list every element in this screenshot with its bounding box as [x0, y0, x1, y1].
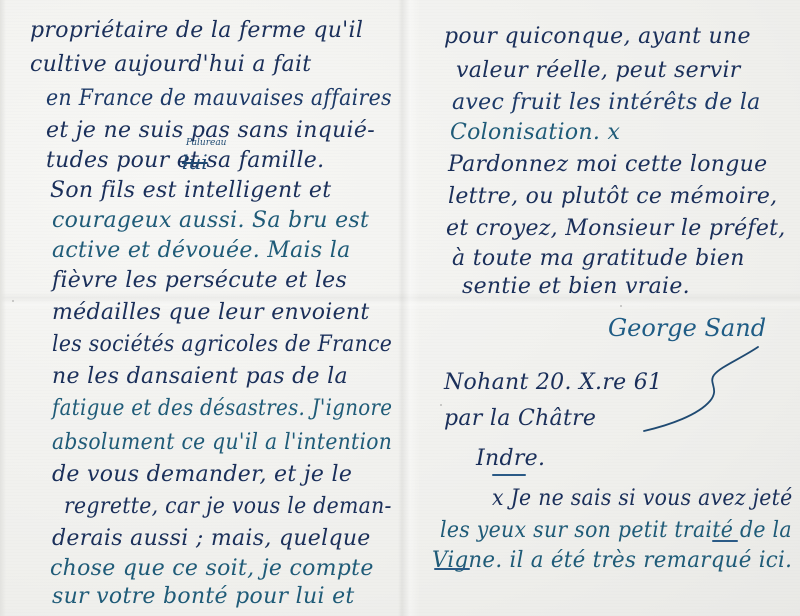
left-line-15: de vous demander, et je le — [52, 462, 352, 487]
postscript-line-1: x Je ne sais si vous avez jeté — [492, 486, 792, 511]
paper-speck — [12, 300, 14, 302]
signature-flourish — [640, 345, 760, 435]
postscript-line-2: les yeux sur son petit traité de la — [440, 518, 792, 543]
inserted-word: Palureau — [186, 138, 226, 148]
left-line-1: propriétaire de la ferme qu'il — [30, 18, 363, 43]
left-line-7: courageux aussi. Sa bru est — [52, 208, 369, 233]
right-line-4: Colonisation. x — [450, 120, 620, 145]
paper-speck — [620, 305, 622, 307]
vigne-underline — [434, 568, 470, 570]
signature: George Sand — [608, 314, 766, 342]
left-line-16: regrette, car je vous le deman- — [64, 494, 392, 519]
left-line-8: active et dévouée. Mais la — [52, 238, 351, 263]
right-line-5: Pardonnez moi cette longue — [448, 152, 767, 177]
left-line-9: fièvre les persécute et les — [52, 268, 347, 293]
right-line-3: avec fruit les intérêts de la — [452, 90, 761, 115]
paper-speck — [455, 222, 457, 224]
left-line-18: chose que ce soit, je compte — [50, 556, 374, 581]
left-line-14: absolument ce qu'il a l'intention — [52, 430, 392, 455]
left-line-2: cultive aujourd'hui a fait — [30, 52, 311, 77]
paper-speck — [440, 404, 442, 406]
address-line-3: Indre. — [476, 446, 545, 471]
la-underline — [712, 540, 738, 542]
indre-underline — [492, 474, 526, 476]
left-line-12: ne les dansaient pas de la — [52, 364, 348, 389]
right-line-8: à toute ma gratitude bien — [452, 246, 745, 271]
left-line-13: fatigue et des désastres. J'ignore — [52, 396, 392, 421]
postscript-line-3: Vigne. il a été très remarqué ici. — [432, 548, 792, 573]
struck-word: lui — [182, 150, 208, 174]
right-line-6: lettre, ou plutôt ce mémoire, — [448, 184, 777, 209]
left-line-17: derais aussi ; mais, quelque — [52, 526, 371, 551]
right-line-1: pour quiconque, ayant une — [444, 24, 751, 49]
right-line-7: et croyez, Monsieur le préfet, — [446, 216, 786, 241]
address-line-2: par la Châtre — [444, 406, 596, 431]
left-line-6: Son fils est intelligent et — [50, 178, 331, 203]
right-line-9: sentie et bien vraie. — [462, 274, 690, 299]
left-line-3: en France de mauvaises affaires — [46, 86, 392, 111]
address-line-1: Nohant 20. X.re 61 — [444, 370, 662, 395]
left-line-11: les sociétés agricoles de France — [52, 332, 392, 357]
right-line-2: valeur réelle, peut servir — [456, 58, 741, 83]
left-line-10: médailles que leur envoient — [52, 300, 370, 325]
left-line-19: sur votre bonté pour lui et — [52, 584, 355, 609]
page-edge — [0, 0, 6, 616]
